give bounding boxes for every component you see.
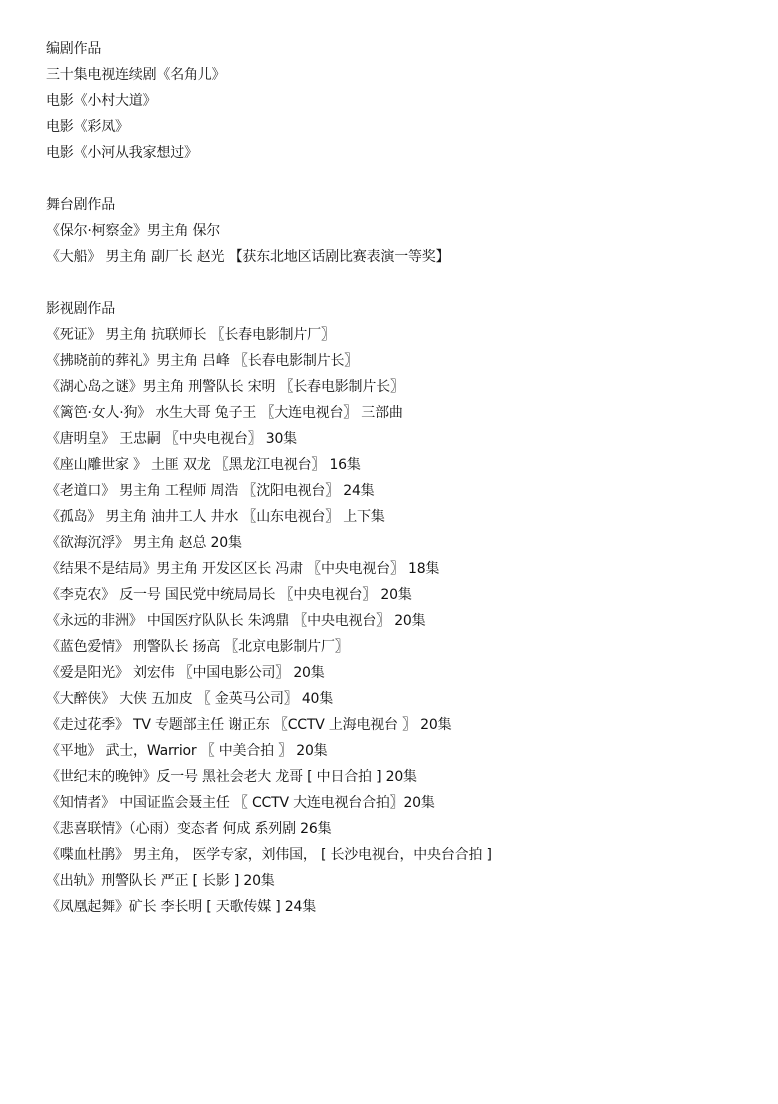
list-item: 《蓝色爱情》 刑警队长 扬高 〖北京电影制片厂〗 bbox=[46, 634, 766, 660]
list-item: 电影《小河从我家想过》 bbox=[46, 140, 766, 166]
list-item: 《喋血杜鹃》 男主角， 医学专家，刘伟国， [ 长沙电视台，中央台合拍 ] bbox=[46, 842, 766, 868]
list-item: 《孤岛》 男主角 油井工人 井水 〖山东电视台〗 上下集 bbox=[46, 504, 766, 530]
list-item: 《爱是阳光》 刘宏伟 〖中国电影公司〗 20集 bbox=[46, 660, 766, 686]
list-item: 《平地》 武士，Warrior 〖 中美合拍 〗 20集 bbox=[46, 738, 766, 764]
list-item: 《老道口》 男主角 工程师 周浩 〖沈阳电视台〗 24集 bbox=[46, 478, 766, 504]
list-item: 《湖心岛之谜》男主角 刑警队长 宋明 〖长春电影制片长〗 bbox=[46, 374, 766, 400]
list-item: 《篱笆·女人·狗》 水生大哥 兔子王 〖大连电视台〗 三部曲 bbox=[46, 400, 766, 426]
section-heading: 编剧作品 bbox=[46, 36, 766, 62]
list-item: 《走过花季》 TV 专题部主任 谢正东 〖CCTV 上海电视台 〗 20集 bbox=[46, 712, 766, 738]
list-item: 《知情者》 中国证监会聂主任 〖 CCTV 大连电视台合拍〗20集 bbox=[46, 790, 766, 816]
list-item: 《保尔·柯察金》男主角 保尔 bbox=[46, 218, 766, 244]
list-item: 《凤凰起舞》矿长 李长明 [ 天歌传媒 ] 24集 bbox=[46, 894, 766, 920]
list-item: 《欲海沉浮》 男主角 赵总 20集 bbox=[46, 530, 766, 556]
list-item: 《大醉侠》 大侠 五加皮 〖 金英马公司〗 40集 bbox=[46, 686, 766, 712]
list-item: 《结果不是结局》男主角 开发区区长 冯肃 〖中央电视台〗 18集 bbox=[46, 556, 766, 582]
list-item: 《拂晓前的葬礼》男主角 吕峰 〖长春电影制片长〗 bbox=[46, 348, 766, 374]
list-item: 《死证》 男主角 抗联师长 〖长春电影制片厂〗 bbox=[46, 322, 766, 348]
section-heading: 影视剧作品 bbox=[46, 296, 766, 322]
list-item: 《大船》 男主角 副厂长 赵光 【获东北地区话剧比赛表演一等奖】 bbox=[46, 244, 766, 270]
list-item: 《世纪末的晚钟》反一号 黑社会老大 龙哥 [ 中日合拍 ] 20集 bbox=[46, 764, 766, 790]
list-item: 《永远的非洲》 中国医疗队队长 朱鸿鼎 〖中央电视台〗 20集 bbox=[46, 608, 766, 634]
list-item: 《唐明皇》 王忠嗣 〖中央电视台〗 30集 bbox=[46, 426, 766, 452]
section-heading: 舞台剧作品 bbox=[46, 192, 766, 218]
list-item: 三十集电视连续剧《名角儿》 bbox=[46, 62, 766, 88]
section-film-tv-works: 影视剧作品 《死证》 男主角 抗联师长 〖长春电影制片厂〗 《拂晓前的葬礼》男主… bbox=[46, 296, 766, 920]
list-item: 《悲喜联情》（心雨）变态者 何成 系列剧 26集 bbox=[46, 816, 766, 842]
section-stage-works: 舞台剧作品 《保尔·柯察金》男主角 保尔 《大船》 男主角 副厂长 赵光 【获东… bbox=[46, 192, 766, 270]
list-item: 《出轨》刑警队长 严正 [ 长影 ] 20集 bbox=[46, 868, 766, 894]
list-item: 电影《彩凤》 bbox=[46, 114, 766, 140]
section-screenwriting: 编剧作品 三十集电视连续剧《名角儿》 电影《小村大道》 电影《彩凤》 电影《小河… bbox=[46, 36, 766, 166]
list-item: 《李克农》 反一号 国民党中统局局长 〖中央电视台〗 20集 bbox=[46, 582, 766, 608]
list-item: 《座山雕世家 》 土匪 双龙 〖黑龙江电视台〗 16集 bbox=[46, 452, 766, 478]
document-body: 编剧作品 三十集电视连续剧《名角儿》 电影《小村大道》 电影《彩凤》 电影《小河… bbox=[46, 36, 766, 920]
list-item: 电影《小村大道》 bbox=[46, 88, 766, 114]
